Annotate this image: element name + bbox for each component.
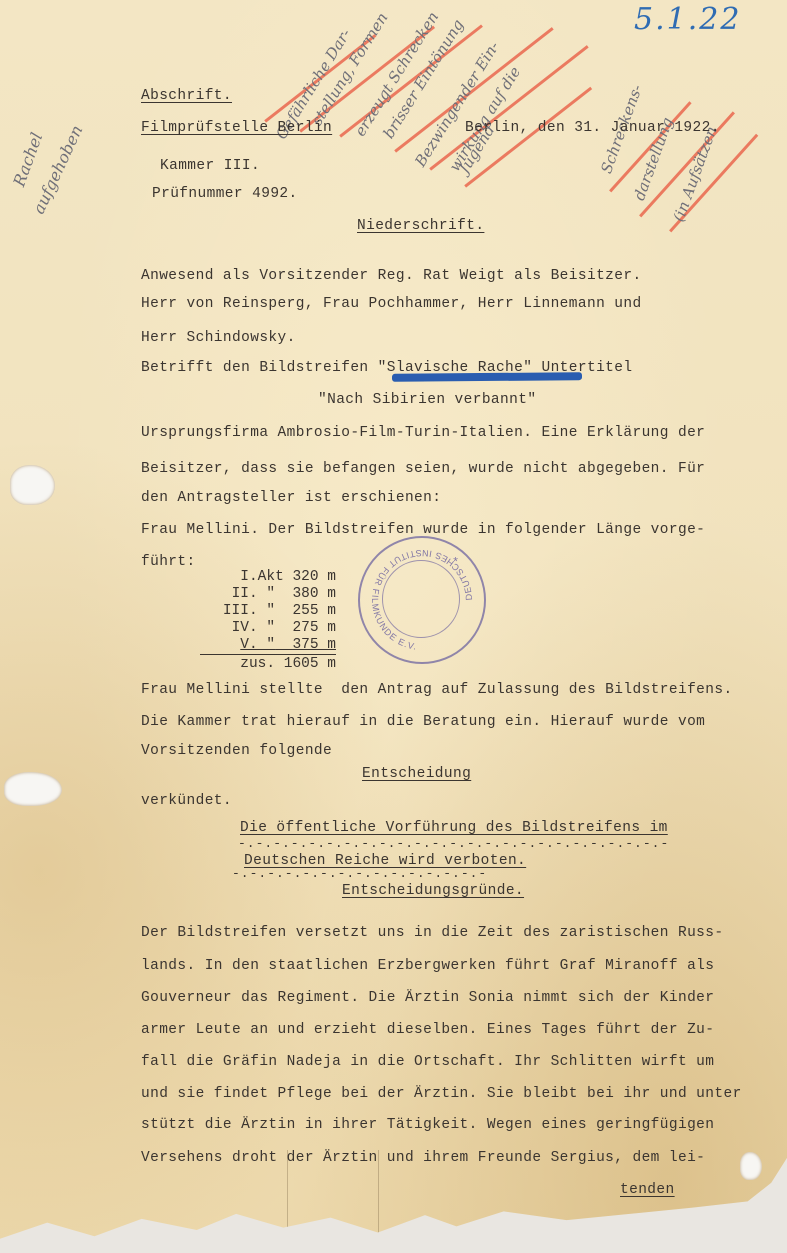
body-line: den Antragsteller ist erschienen: bbox=[141, 490, 441, 506]
body-line: Herr von Reinsperg, Frau Pochhammer, Her… bbox=[141, 296, 642, 312]
act-row: IV. " 275 m bbox=[200, 620, 336, 637]
chamber: Kammer III. bbox=[160, 158, 260, 174]
handwritten-date: 5.1.22 bbox=[634, 2, 741, 37]
blue-pencil-underline bbox=[392, 372, 582, 382]
reasons-line: lands. In den staatlichen Erzbergwerken … bbox=[141, 958, 714, 974]
exam-number: Prüfnummer 4992. bbox=[152, 186, 298, 202]
proceedings-line: Die Kammer trat hierauf in die Beratung … bbox=[141, 714, 705, 730]
act-row: I.Akt 320 m bbox=[200, 569, 336, 586]
copy-label: Abschrift. bbox=[141, 88, 232, 104]
body-line: Anwesend als Vorsitzender Reg. Rat Weigt… bbox=[141, 268, 642, 284]
body-line: führt: bbox=[141, 554, 196, 570]
reasons-line: Gouverneur das Regiment. Die Ärztin Soni… bbox=[141, 990, 714, 1006]
decision-line: Die öffentliche Vorführung des Bildstrei… bbox=[240, 820, 668, 836]
reasons-line: fall die Gräfin Nadeja in die Ortschaft.… bbox=[141, 1054, 714, 1070]
reasons-line: und sie findet Pflege bei der Ärztin. Si… bbox=[141, 1086, 742, 1102]
paper-tear-hole bbox=[4, 772, 62, 806]
body-line: Ursprungsfirma Ambrosio-Film-Turin-Itali… bbox=[141, 425, 705, 441]
dotted-underline: -.-.-.-.-.-.-.-.-.-.-.-.-.-.- bbox=[232, 866, 487, 881]
proceedings-line: Frau Mellini stellte den Antrag auf Zula… bbox=[141, 682, 733, 698]
document-title: Niederschrift. bbox=[357, 218, 484, 234]
proceedings-line: Vorsitzenden folgende bbox=[141, 743, 332, 759]
decision-heading: Entscheidung bbox=[362, 766, 471, 782]
place-date: Berlin, den 31. Januar 1922. bbox=[465, 120, 720, 136]
reasons-line: Versehens droht der Ärztin und ihrem Fre… bbox=[141, 1150, 705, 1166]
catchword: tenden bbox=[620, 1182, 675, 1198]
svg-text:*: * bbox=[452, 556, 459, 570]
dotted-underline: -.-.-.-.-.-.-.-.-.-.-.-.-.-.-.-.-.-.-.-.… bbox=[238, 836, 669, 851]
act-row: V. " 375 m bbox=[200, 637, 336, 654]
paper-tear-hole bbox=[740, 1152, 762, 1180]
reasons-line: stützt die Ärztin in ihrer Tätigkeit. We… bbox=[141, 1117, 714, 1133]
body-line: Herr Schindowsky. bbox=[141, 330, 296, 346]
body-line-subtitle: "Nach Sibirien verbannt" bbox=[318, 392, 536, 408]
body-line: Beisitzer, dass sie befangen seien, wurd… bbox=[141, 461, 705, 477]
institute-stamp: DEUTSCHES INSTITUT FÜR FILMKUNDE E.V. * bbox=[358, 536, 486, 664]
authority-name: Filmprüfstelle Berlin bbox=[141, 120, 332, 136]
film-length-table: I.Akt 320 m II. " 380 m III. " 255 m IV.… bbox=[200, 569, 336, 673]
paper-tear-hole bbox=[10, 465, 55, 505]
total-row: zus. 1605 m bbox=[200, 654, 336, 673]
reasons-heading: Entscheidungsgründe. bbox=[342, 883, 524, 899]
reasons-line: armer Leute an und erzieht dieselben. Ei… bbox=[141, 1022, 714, 1038]
announced-line: verkündet. bbox=[141, 793, 232, 809]
act-row: III. " 255 m bbox=[200, 603, 336, 620]
stamp-text: DEUTSCHES INSTITUT FÜR FILMKUNDE E.V. * bbox=[360, 538, 484, 662]
reasons-line: Der Bildstreifen versetzt uns in die Zei… bbox=[141, 925, 724, 941]
act-row: II. " 380 m bbox=[200, 586, 336, 603]
